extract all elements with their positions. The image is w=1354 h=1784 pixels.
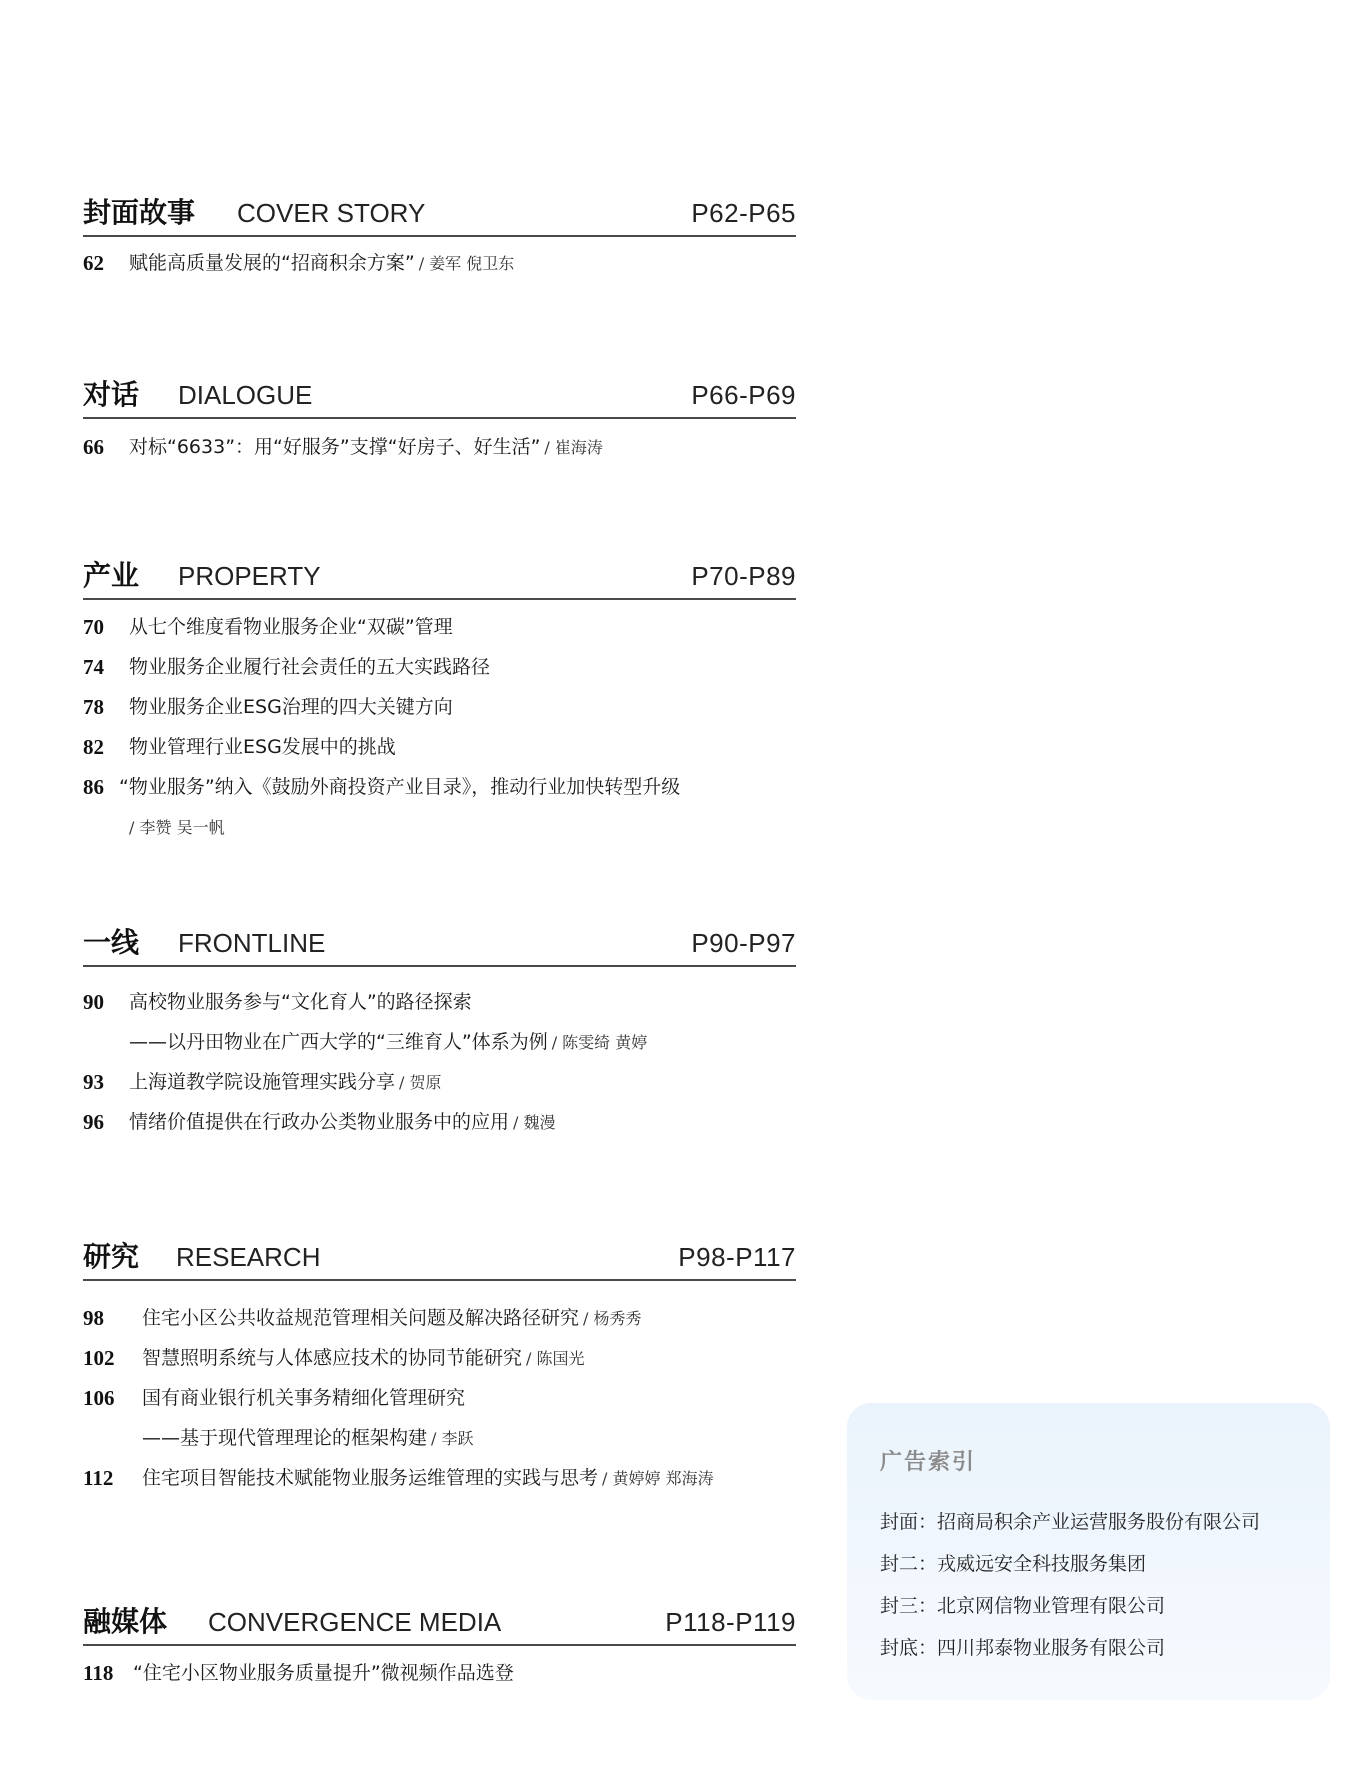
article-author: / 杨秀秀 xyxy=(583,1309,641,1328)
toc-entry[interactable]: 78 物业服务企业ESG治理的四大关键方向 xyxy=(83,687,796,727)
toc-entry[interactable]: 106 国有商业银行机关事务精细化管理研究 xyxy=(83,1378,796,1418)
ad-index-list: 封面：招商局积余产业运营服务股份有限公司 封二：戎威远安全科技服务集团 封三：北… xyxy=(880,1501,1260,1669)
page-number: 74 xyxy=(83,647,104,687)
toc-entry[interactable]: 74 物业服务企业履行社会责任的五大实践路径 xyxy=(83,647,796,687)
toc-entry[interactable]: 118 “住宅小区物业服务质量提升”微视频作品选登 xyxy=(83,1653,796,1693)
section-header: 融媒体 CONVERGENCE MEDIA P118-P119 xyxy=(83,1600,796,1644)
section-title-cn: 研究 xyxy=(83,1235,139,1275)
page-number: 90 xyxy=(83,982,104,1022)
toc-entry[interactable]: 98 住宅小区公共收益规范管理相关问题及解决路径研究/ 杨秀秀 xyxy=(83,1298,796,1338)
ad-index-item: 封面：招商局积余产业运营服务股份有限公司 xyxy=(880,1501,1260,1543)
toc-entry[interactable]: 102 智慧照明系统与人体感应技术的协同节能研究/ 陈国光 xyxy=(83,1338,796,1378)
section-title-cn: 对话 xyxy=(83,373,139,413)
section-header: 产业 PROPERTY P70-P89 xyxy=(83,554,796,598)
article-author: / 陈雯绮 黄婷 xyxy=(552,1033,648,1052)
ad-index-item: 封底：四川邦泰物业服务有限公司 xyxy=(880,1627,1260,1669)
article-title: 物业管理行业ESG发展中的挑战 xyxy=(129,727,396,767)
article-author: / 魏漫 xyxy=(513,1113,555,1132)
section-title-cn: 产业 xyxy=(83,554,139,594)
toc-entry[interactable]: 86 “物业服务”纳入《鼓励外商投资产业目录》，推动行业加快转型升级 xyxy=(83,767,796,807)
article-author-line: / 李赞 吴一帆 xyxy=(129,807,225,848)
section-dialogue: 对话 DIALOGUE P66-P69 66 对标“6633”：用“好服务”支撑… xyxy=(83,373,796,467)
page-number: 93 xyxy=(83,1062,104,1102)
page-number: 62 xyxy=(83,243,104,283)
article-title: 住宅项目智能技术赋能物业服务运维管理的实践与思考/ 黄婷婷 郑海涛 xyxy=(142,1458,714,1499)
article-title: 住宅小区公共收益规范管理相关问题及解决路径研究/ 杨秀秀 xyxy=(142,1298,642,1339)
page-number: 112 xyxy=(83,1458,113,1498)
page-number: 86 xyxy=(83,767,104,807)
section-divider xyxy=(83,1279,796,1281)
ad-index-item: 封二：戎威远安全科技服务集团 xyxy=(880,1543,1260,1585)
page-number: 70 xyxy=(83,607,104,647)
section-page-range: P98-P117 xyxy=(678,1242,796,1273)
section-header: 封面故事 COVER STORY P62-P65 xyxy=(83,191,796,235)
section-research: 研究 RESEARCH P98-P117 98 住宅小区公共收益规范管理相关问题… xyxy=(83,1235,796,1498)
section-title-cn: 封面故事 xyxy=(83,191,195,231)
section-title-en: DIALOGUE xyxy=(178,380,312,411)
section-divider xyxy=(83,235,796,237)
section-divider xyxy=(83,1644,796,1646)
article-title: 赋能高质量发展的“招商积余方案”/ 姜军 倪卫东 xyxy=(129,243,514,284)
ad-index-title: 广告索引 xyxy=(880,1445,976,1476)
article-title: 智慧照明系统与人体感应技术的协同节能研究/ 陈国光 xyxy=(142,1338,585,1379)
page-number: 102 xyxy=(83,1338,115,1378)
section-property: 产业 PROPERTY P70-P89 70 从七个维度看物业服务企业“双碳”管… xyxy=(83,554,796,847)
page-number: 66 xyxy=(83,427,104,467)
article-title: 物业服务企业ESG治理的四大关键方向 xyxy=(129,687,453,727)
page-number: 106 xyxy=(83,1378,115,1418)
section-title-en: CONVERGENCE MEDIA xyxy=(208,1607,501,1638)
ad-index-item: 封三：北京网信物业管理有限公司 xyxy=(880,1585,1260,1627)
toc-entry[interactable]: 90 高校物业服务参与“文化育人”的路径探索 xyxy=(83,982,796,1022)
section-cover-story: 封面故事 COVER STORY P62-P65 62 赋能高质量发展的“招商积… xyxy=(83,191,796,283)
section-convergence-media: 融媒体 CONVERGENCE MEDIA P118-P119 118 “住宅小… xyxy=(83,1600,796,1693)
toc-entry[interactable]: 96 情绪价值提供在行政办公类物业服务中的应用/ 魏漫 xyxy=(83,1102,796,1142)
article-subtitle: ——以丹田物业在广西大学的“三维育人”体系为例/ 陈雯绮 黄婷 xyxy=(129,1022,647,1063)
section-divider xyxy=(83,417,796,419)
page-number: 98 xyxy=(83,1298,104,1338)
toc-entry-subtitle[interactable]: ——基于现代管理理论的框架构建/ 李跃 xyxy=(83,1418,796,1458)
section-page-range: P62-P65 xyxy=(691,198,796,229)
article-author: / 李赞 吴一帆 xyxy=(129,818,225,837)
toc-entry[interactable]: 66 对标“6633”：用“好服务”支撑“好房子、好生活”/ 崔海涛 xyxy=(83,427,796,467)
section-header: 一线 FRONTLINE P90-P97 xyxy=(83,921,796,965)
article-title: “物业服务”纳入《鼓励外商投资产业目录》，推动行业加快转型升级 xyxy=(119,767,680,807)
article-title: 国有商业银行机关事务精细化管理研究 xyxy=(142,1378,465,1418)
article-author: / 姜军 倪卫东 xyxy=(419,254,515,273)
toc-entry-subtitle[interactable]: ——以丹田物业在广西大学的“三维育人”体系为例/ 陈雯绮 黄婷 xyxy=(83,1022,796,1062)
page-number: 118 xyxy=(83,1653,113,1693)
section-header: 对话 DIALOGUE P66-P69 xyxy=(83,373,796,417)
toc-entry[interactable]: 62 赋能高质量发展的“招商积余方案”/ 姜军 倪卫东 xyxy=(83,243,796,283)
article-author: / 陈国光 xyxy=(526,1349,584,1368)
article-title: 从七个维度看物业服务企业“双碳”管理 xyxy=(129,607,453,647)
section-title-en: FRONTLINE xyxy=(178,928,325,959)
section-title-cn: 融媒体 xyxy=(83,1600,167,1640)
section-divider xyxy=(83,598,796,600)
page-number: 78 xyxy=(83,687,104,727)
section-page-range: P90-P97 xyxy=(691,928,796,959)
toc-entry[interactable]: 82 物业管理行业ESG发展中的挑战 xyxy=(83,727,796,767)
section-header: 研究 RESEARCH P98-P117 xyxy=(83,1235,796,1279)
section-title-en: COVER STORY xyxy=(237,198,425,229)
article-title: 高校物业服务参与“文化育人”的路径探索 xyxy=(129,982,472,1022)
article-subtitle: ——基于现代管理理论的框架构建/ 李跃 xyxy=(142,1418,474,1459)
section-frontline: 一线 FRONTLINE P90-P97 90 高校物业服务参与“文化育人”的路… xyxy=(83,921,796,1142)
section-title-en: PROPERTY xyxy=(178,561,321,592)
article-author: / 贺原 xyxy=(399,1073,441,1092)
ad-index-panel: 广告索引 封面：招商局积余产业运营服务股份有限公司 封二：戎威远安全科技服务集团… xyxy=(847,1403,1330,1700)
page-number: 82 xyxy=(83,727,104,767)
article-title: 对标“6633”：用“好服务”支撑“好房子、好生活”/ 崔海涛 xyxy=(129,427,603,468)
section-title-cn: 一线 xyxy=(83,921,139,961)
toc-entry[interactable]: 93 上海道教学院设施管理实践分享/ 贺原 xyxy=(83,1062,796,1102)
section-page-range: P70-P89 xyxy=(691,561,796,592)
section-page-range: P118-P119 xyxy=(665,1607,796,1638)
toc-entry[interactable]: 112 住宅项目智能技术赋能物业服务运维管理的实践与思考/ 黄婷婷 郑海涛 xyxy=(83,1458,796,1498)
toc-entry[interactable]: 70 从七个维度看物业服务企业“双碳”管理 xyxy=(83,607,796,647)
toc-entry-continuation: / 李赞 吴一帆 xyxy=(83,807,796,847)
article-author: / 黄婷婷 郑海涛 xyxy=(602,1469,714,1488)
article-title: 物业服务企业履行社会责任的五大实践路径 xyxy=(129,647,490,687)
article-author: / 李跃 xyxy=(431,1429,473,1448)
article-title: 上海道教学院设施管理实践分享/ 贺原 xyxy=(129,1062,442,1103)
article-author: / 崔海涛 xyxy=(544,438,602,457)
section-title-en: RESEARCH xyxy=(176,1242,320,1273)
article-title: “住宅小区物业服务质量提升”微视频作品选登 xyxy=(133,1653,514,1693)
article-title: 情绪价值提供在行政办公类物业服务中的应用/ 魏漫 xyxy=(129,1102,556,1143)
section-page-range: P66-P69 xyxy=(691,380,796,411)
page-number: 96 xyxy=(83,1102,104,1142)
section-divider xyxy=(83,965,796,967)
